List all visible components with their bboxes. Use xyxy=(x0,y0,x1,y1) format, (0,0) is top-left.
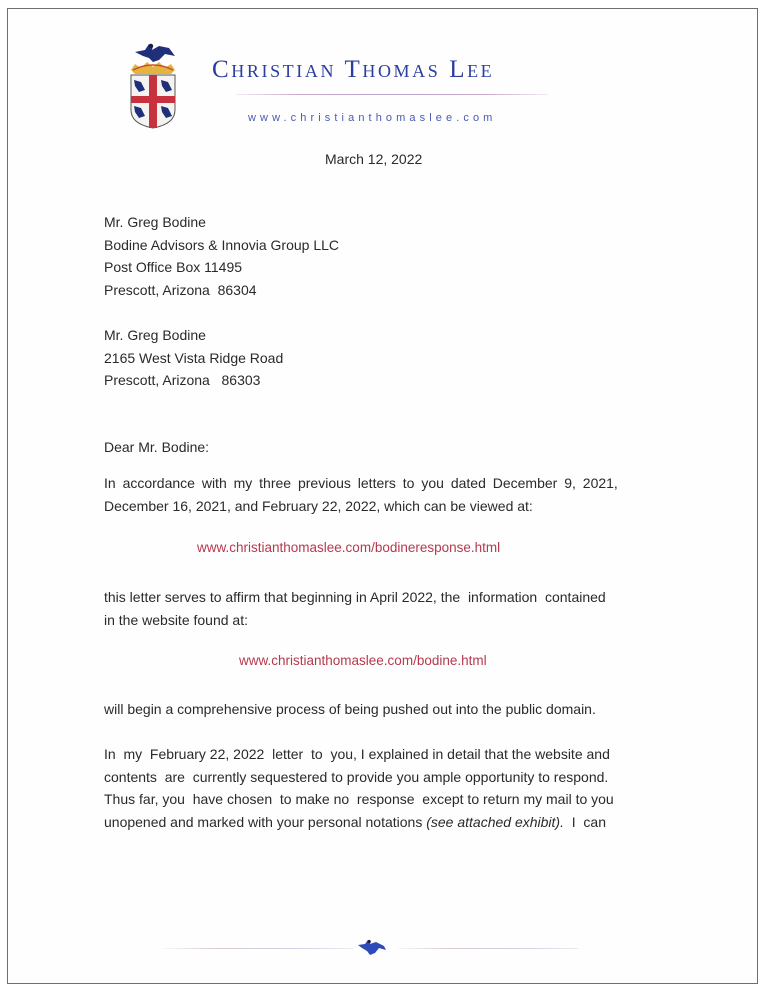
address-line: 2165 West Vista Ridge Road xyxy=(104,347,283,370)
paragraph-line: unopened and marked with your personal n… xyxy=(104,811,640,834)
recipient-home-address: Mr. Greg Bodine 2165 West Vista Ridge Ro… xyxy=(104,324,283,392)
eagle-ornament-icon xyxy=(356,938,388,958)
address-line: Bodine Advisors & Innovia Group LLC xyxy=(104,234,339,257)
letter-date: March 12, 2022 xyxy=(325,148,422,170)
footer-divider-right xyxy=(398,948,578,949)
paragraph-line: December 16, 2021, and February 22, 2022… xyxy=(104,495,640,518)
paragraph-previous-letters: In accordance with my three previous let… xyxy=(104,472,640,517)
paragraph-line: in the website found at: xyxy=(104,609,640,632)
paragraph-line: In accordance with my three previous let… xyxy=(104,472,640,495)
salutation: Dear Mr. Bodine: xyxy=(104,436,209,458)
footer-divider-left xyxy=(163,948,353,949)
heraldic-crest-icon xyxy=(125,40,181,130)
paragraph-text: unopened and marked with your personal n… xyxy=(104,814,426,830)
paragraph-line: contents are currently sequestered to pr… xyxy=(104,766,640,789)
paragraph-affirmation: this letter serves to affirm that beginn… xyxy=(104,586,640,631)
bodine-response-link[interactable]: www.christianthomaslee.com/bodinerespons… xyxy=(197,540,500,555)
recipient-business-address: Mr. Greg Bodine Bodine Advisors & Innovi… xyxy=(104,211,339,301)
paragraph-line: Thus far, you have chosen to make no res… xyxy=(104,788,640,811)
paragraph-text: I can xyxy=(564,814,606,830)
paragraph-line: this letter serves to affirm that beginn… xyxy=(104,586,640,609)
address-line: Mr. Greg Bodine xyxy=(104,211,339,234)
address-line: Prescott, Arizona 86303 xyxy=(104,369,283,392)
exhibit-reference: (see attached exhibit). xyxy=(426,814,564,830)
letterhead-name: Christian Thomas Lee xyxy=(212,56,494,84)
address-line: Post Office Box 11495 xyxy=(104,256,339,279)
paragraph-sequestered: In my February 22, 2022 letter to you, I… xyxy=(104,743,640,833)
letterhead-divider xyxy=(236,94,548,95)
address-line: Prescott, Arizona 86304 xyxy=(104,279,339,302)
paragraph-public-domain: will begin a comprehensive process of be… xyxy=(104,698,640,720)
paragraph-line: In my February 22, 2022 letter to you, I… xyxy=(104,743,640,766)
bodine-website-link[interactable]: www.christianthomaslee.com/bodine.html xyxy=(239,653,487,668)
address-line: Mr. Greg Bodine xyxy=(104,324,283,347)
letterhead-website[interactable]: www.christianthomaslee.com xyxy=(248,112,496,124)
